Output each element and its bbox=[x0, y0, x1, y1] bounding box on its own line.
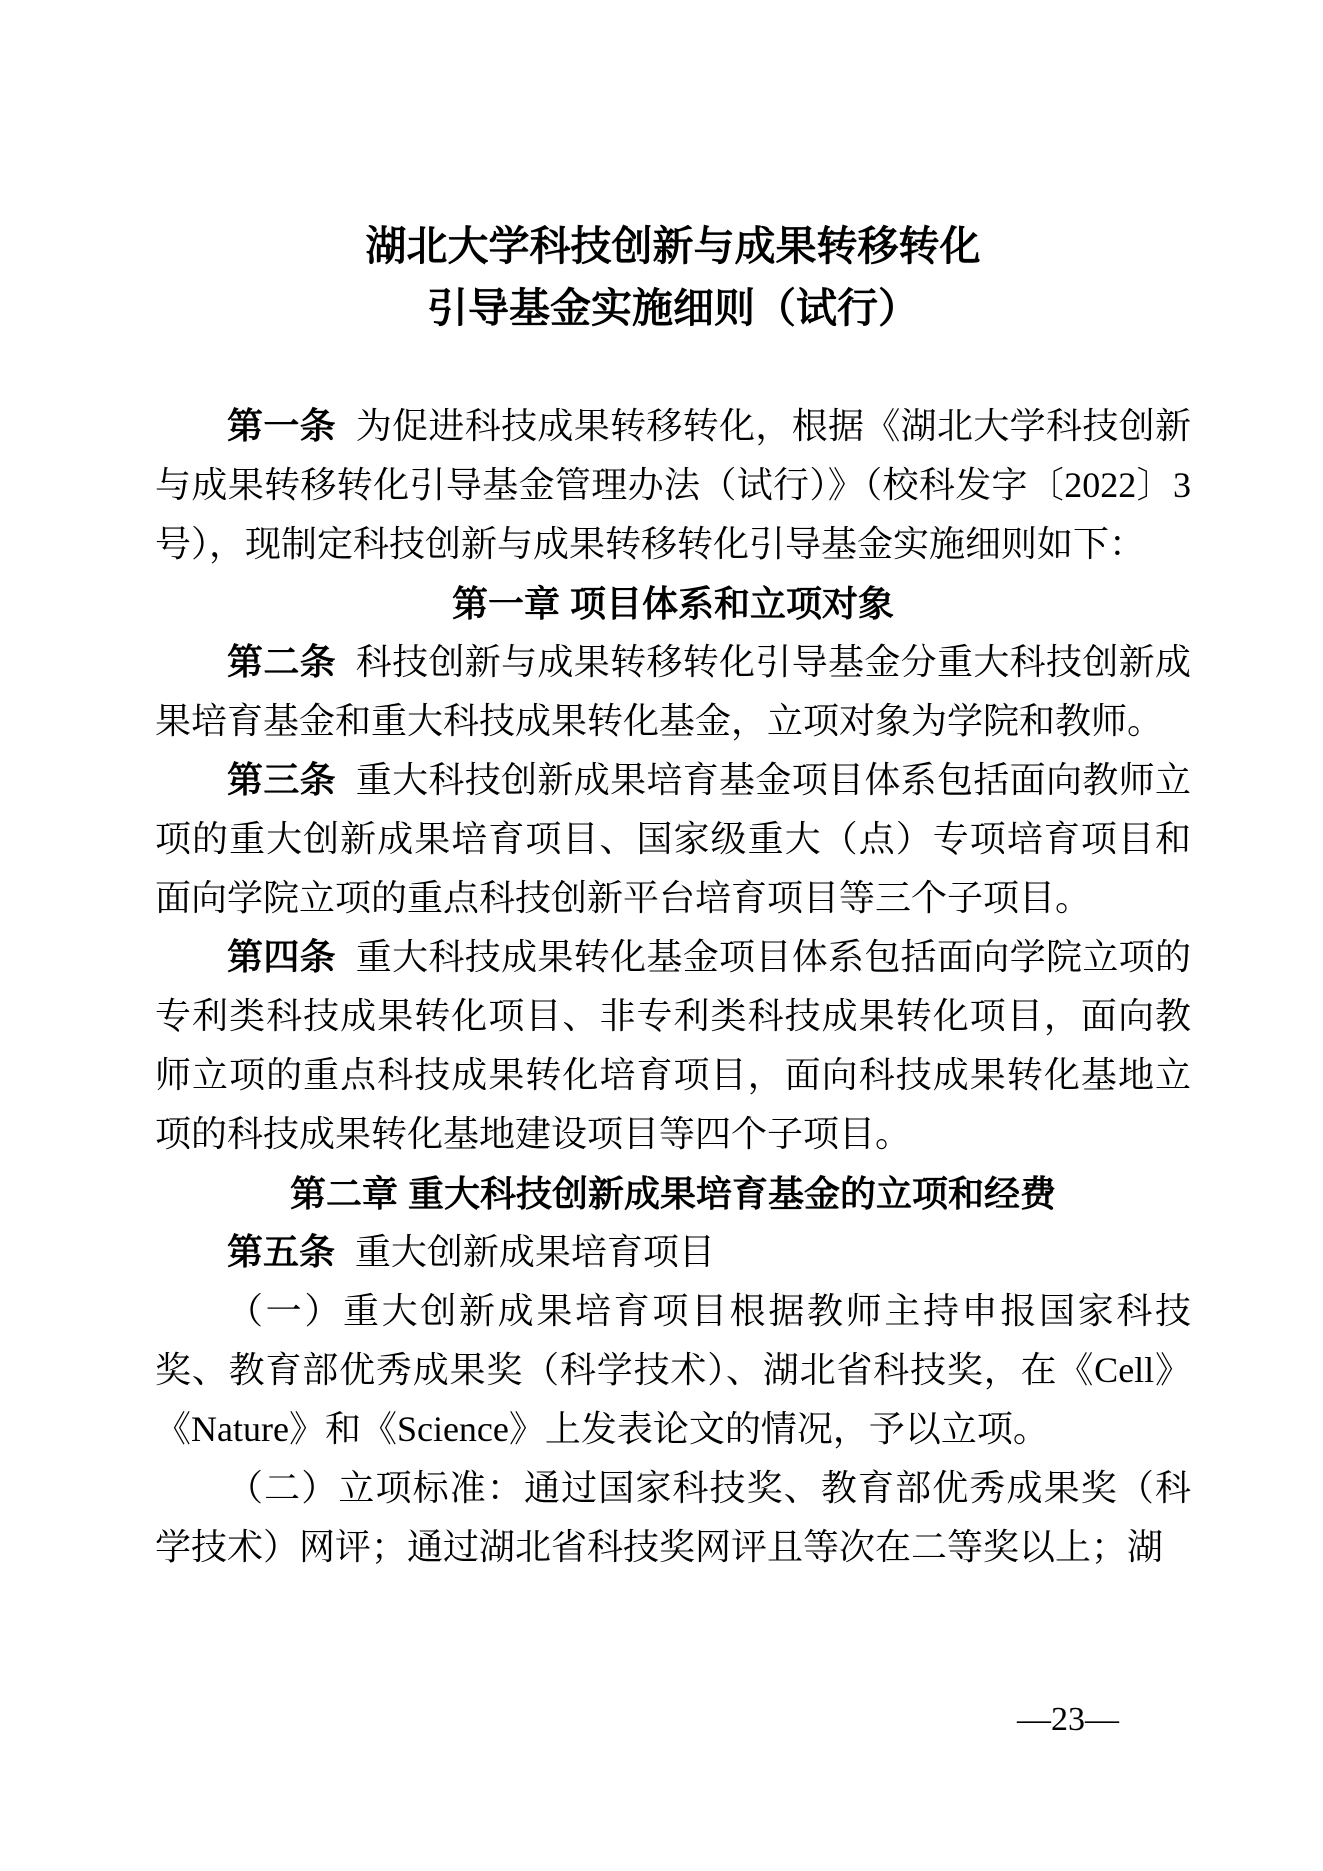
clause-paragraph-1: （一）重大创新成果培育项目根据教师主持申报国家科技奖、教育部优秀成果奖（科学技术… bbox=[155, 1282, 1191, 1459]
article-2-label: 第二条 bbox=[227, 642, 336, 682]
clause-2-text: （二）立项标准：通过国家科技奖、教育部优秀成果奖（科学技术）网评；通过湖北省科技… bbox=[155, 1468, 1191, 1567]
document-content: 湖北大学科技创新与成果转移转化 引导基金实施细则（试行） 第一条为促进科技成果转… bbox=[155, 215, 1191, 1577]
clause-paragraph-2: （二）立项标准：通过国家科技奖、教育部优秀成果奖（科学技术）网评；通过湖北省科技… bbox=[155, 1459, 1191, 1577]
article-paragraph-5: 第五条重大创新成果培育项目 bbox=[155, 1223, 1191, 1282]
chapter-1-heading: 第一章 项目体系和立项对象 bbox=[155, 574, 1191, 633]
article-paragraph-3: 第三条重大科技创新成果培育基金项目体系包括面向教师立项的重大创新成果培育项目、国… bbox=[155, 751, 1191, 928]
article-5-text: 重大创新成果培育项目 bbox=[355, 1232, 715, 1272]
document-page: 湖北大学科技创新与成果转移转化 引导基金实施细则（试行） 第一条为促进科技成果转… bbox=[0, 0, 1323, 1871]
document-title: 湖北大学科技创新与成果转移转化 引导基金实施细则（试行） bbox=[155, 215, 1191, 339]
article-paragraph-4: 第四条重大科技成果转化基金项目体系包括面向学院立项的专利类科技成果转化项目、非专… bbox=[155, 928, 1191, 1164]
document-title-line-1: 湖北大学科技创新与成果转移转化 bbox=[155, 215, 1191, 277]
page-number: —23— bbox=[1017, 1700, 1119, 1740]
document-title-line-2: 引导基金实施细则（试行） bbox=[155, 277, 1191, 339]
article-paragraph-2: 第二条科技创新与成果转移转化引导基金分重大科技创新成果培育基金和重大科技成果转化… bbox=[155, 633, 1191, 751]
article-3-label: 第三条 bbox=[227, 760, 336, 800]
article-paragraph-1: 第一条为促进科技成果转移转化，根据《湖北大学科技创新与成果转移转化引导基金管理办… bbox=[155, 397, 1191, 574]
article-5-label: 第五条 bbox=[227, 1232, 335, 1272]
clause-1-text: （一）重大创新成果培育项目根据教师主持申报国家科技奖、教育部优秀成果奖（科学技术… bbox=[155, 1291, 1191, 1449]
chapter-2-heading: 第二章 重大科技创新成果培育基金的立项和经费 bbox=[155, 1164, 1191, 1223]
article-1-label: 第一条 bbox=[227, 406, 336, 446]
article-4-label: 第四条 bbox=[227, 937, 336, 977]
